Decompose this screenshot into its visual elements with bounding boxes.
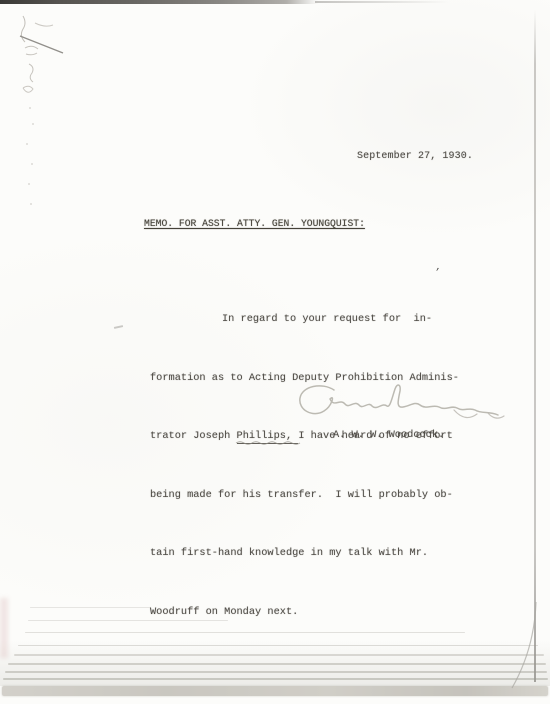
scan-edge-top-strip-faint bbox=[315, 1, 450, 3]
handwritten-signature bbox=[295, 381, 510, 425]
scan-streak bbox=[3, 678, 548, 680]
wavy-underline bbox=[235, 440, 301, 445]
memo-heading: MEMO. FOR ASST. ATTY. GEN. YOUNGQUIST: bbox=[144, 218, 365, 229]
memo-body: In regard to your request for in- format… bbox=[150, 272, 459, 659]
faint-pencil-dash bbox=[114, 325, 123, 329]
scan-streak bbox=[5, 671, 547, 673]
paper-bottom-edge bbox=[2, 686, 548, 696]
memo-body-line-1: In regard to your request for in- bbox=[222, 308, 459, 331]
memo-signer-name: A. W. W. Woodcock. bbox=[333, 429, 444, 441]
scan-streak bbox=[8, 663, 546, 665]
memo-body-line-5: tain first-hand knowledge in my talk wit… bbox=[150, 542, 459, 565]
pencil-scribbles bbox=[5, 8, 105, 338]
paper-right-edge-line bbox=[534, 10, 536, 682]
scan-streak bbox=[25, 632, 465, 633]
paper-crease-line bbox=[500, 600, 545, 692]
scan-edge-top-strip bbox=[0, 0, 318, 4]
scan-streak bbox=[30, 607, 150, 608]
memo-date: September 27, 1930. bbox=[357, 151, 473, 162]
scan-smudge bbox=[0, 598, 8, 658]
scanned-memo-page: September 27, 1930. MEMO. FOR ASST. ATTY… bbox=[0, 0, 550, 704]
scan-streak bbox=[18, 645, 538, 646]
memo-body-line-4: being made for his transfer. I will prob… bbox=[150, 484, 459, 507]
memo-body-line-3-prefix: trator Joseph bbox=[150, 430, 237, 442]
scan-streak bbox=[28, 620, 228, 621]
scan-streak bbox=[14, 654, 544, 656]
